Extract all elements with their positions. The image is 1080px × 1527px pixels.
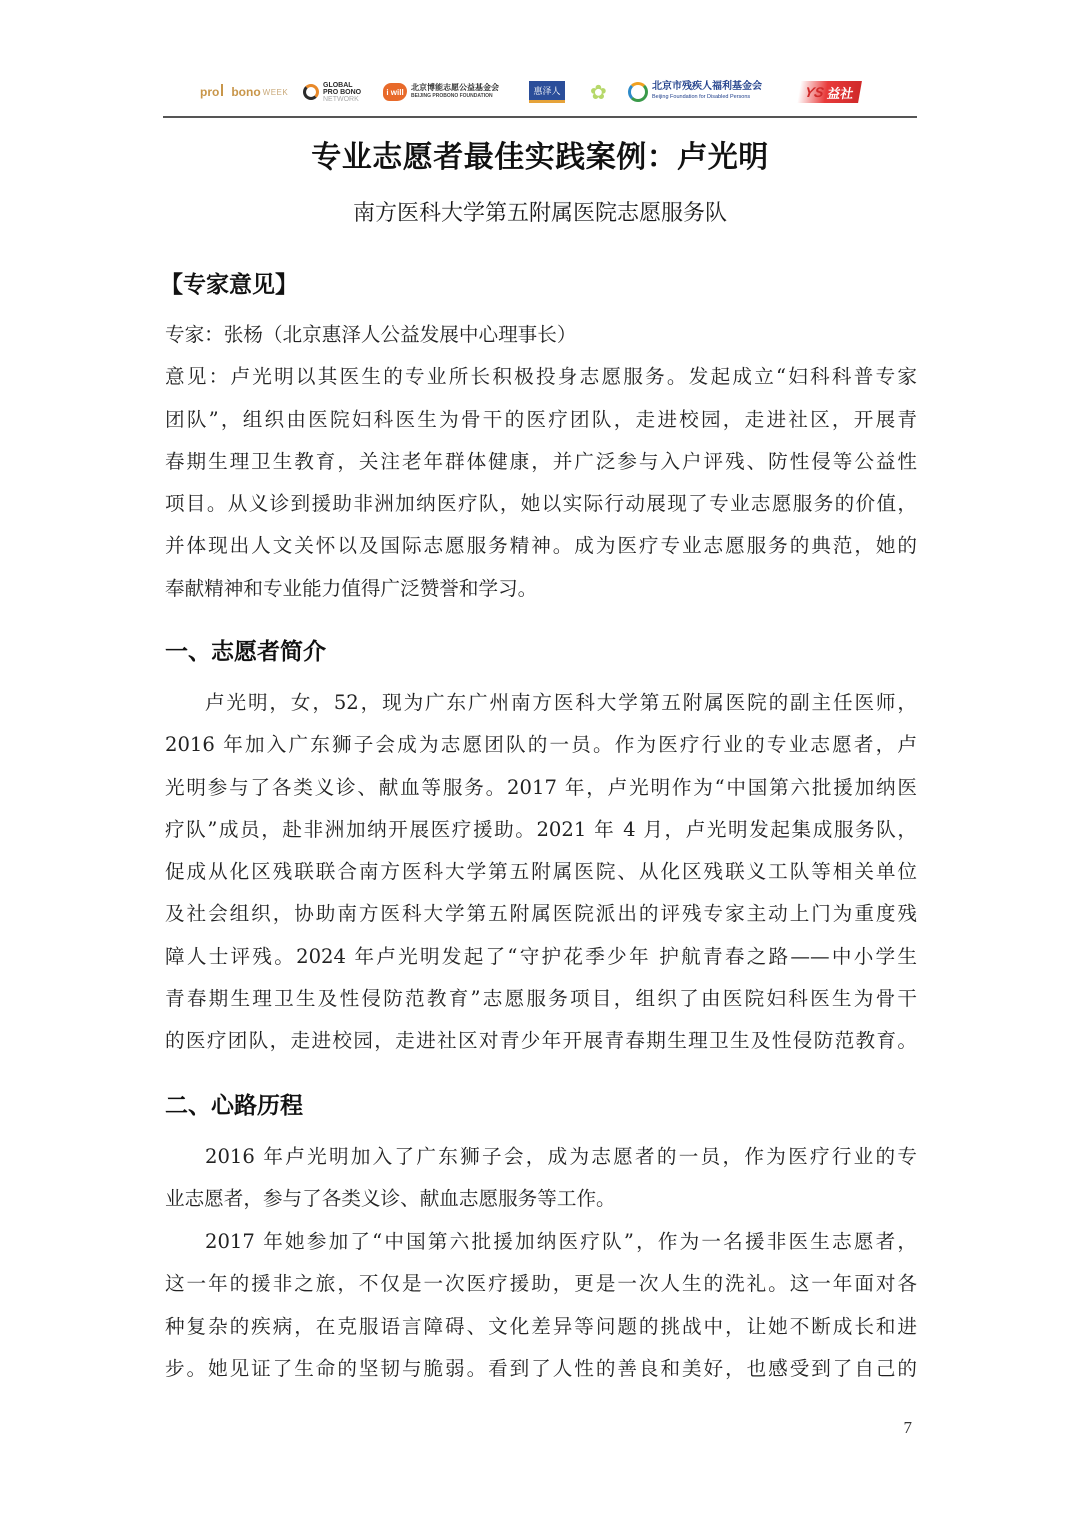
text-line: 疗队”成员，赴非洲加纳开展医疗援助。2021 年 4 月，卢光明发起集成服务队， (165, 809, 917, 851)
expert-opinion-body: 专家：张杨（北京惠泽人公益发展中心理事长） 意见：卢光明以其医生的专业所长积极投… (165, 314, 917, 610)
sponsor-logo-bar: pro bono WEEK GLOBAL PRO BONO NETWORK i … (195, 74, 885, 110)
header-divider (163, 116, 917, 118)
flag-icon (221, 84, 229, 96)
text-line: 并体现出人文关怀以及国际志愿服务精神。成为医疗专业志愿服务的典范，她的 (165, 525, 917, 567)
text-line: 卢光明，女，52，现为广东广州南方医科大学第五附属医院的副主任医师， (165, 682, 917, 724)
pro-bono-week-logo: pro bono WEEK (200, 74, 288, 110)
text-line: 专家：张杨（北京惠泽人公益发展中心理事长） (165, 314, 917, 356)
page-title: 专业志愿者最佳实践案例：卢光明 (163, 132, 917, 176)
text-line: 2016 年卢光明加入了广东狮子会，成为志愿者的一员，作为医疗行业的专 (165, 1136, 917, 1178)
text-line: 步。她见证了生命的坚韧与脆弱。看到了人性的善良和美好，也感受到了自己的 (165, 1348, 917, 1390)
text-line: 及社会组织，协助南方医科大学第五附属医院派出的评残专家主动上门为重度残 (165, 893, 917, 935)
expert-opinion-heading: 【专家意见】 (160, 266, 298, 299)
text-line: 团队”，组织由医院妇科医生为骨干的医疗团队，走进校园，走进社区，开展青 (165, 399, 917, 441)
text-line: 光明参与了各类义诊、献血等服务。2017 年，卢光明作为“中国第六批援加纳医 (165, 767, 917, 809)
iwill-badge-icon: i will (383, 83, 407, 101)
text-line: 春期生理卫生教育，关注老年群体健康，并广泛参与入户评残、防性侵等公益性 (165, 441, 917, 483)
circle-emblem-icon (628, 82, 648, 102)
text-line: 障人士评残。2024 年卢光明发起了“守护花季少年 护航青春之路——中小学生 (165, 936, 917, 978)
text-line: 促成从化区残联联合南方医科大学第五附属医院、从化区残联义工队等相关单位 (165, 851, 917, 893)
ring-icon (303, 84, 319, 100)
text-line: 业志愿者，参与了各类义诊、献血志愿服务等工作。 (165, 1178, 917, 1220)
text-line: 青春期生理卫生及性侵防范教育”志愿服务项目，组织了由医院妇科医生为骨干 (165, 978, 917, 1020)
page-number: 7 (880, 1418, 940, 1438)
text-line: 的医疗团队，走进校园，走进社区对青少年开展青春期生理卫生及性侵防范教育。 (165, 1020, 917, 1062)
beijing-probono-foundation-logo: i will 北京博能志愿公益基金会 BEIJING PROBONO FOUND… (383, 74, 499, 110)
section-heading-volunteer-profile: 一、志愿者简介 (165, 633, 326, 666)
journey-para-2: 2017 年她参加了“中国第六批援加纳医疗队”，作为一名援非医生志愿者， 这一年… (165, 1221, 917, 1390)
page-subtitle: 南方医科大学第五附属医院志愿服务队 (163, 196, 917, 227)
text-line: 2016 年加入广东狮子会成为志愿团队的一员。作为医疗行业的专业志愿者，卢 (165, 724, 917, 766)
beijing-foundation-disabled-logo: 北京市残疾人福利基金会 Beijing Foundation for Disab… (628, 74, 762, 110)
yishe-logo: YS 益社 (799, 74, 860, 110)
huizeren-logo: 惠泽人 (529, 74, 565, 110)
text-line: 种复杂的疾病，在克服语言障碍、文化差异等问题的挑战中，让她不断成长和进 (165, 1306, 917, 1348)
volunteer-profile-body: 卢光明，女，52，现为广东广州南方医科大学第五附属医院的副主任医师， 2016 … (165, 682, 917, 1063)
text-line: 2017 年她参加了“中国第六批援加纳医疗队”，作为一名援非医生志愿者， (165, 1221, 917, 1263)
journey-para-1: 2016 年卢光明加入了广东狮子会，成为志愿者的一员，作为医疗行业的专 业志愿者… (165, 1136, 917, 1221)
global-pro-bono-network-logo: GLOBAL PRO BONO NETWORK (303, 74, 361, 110)
text-line: 这一年的援非之旅，不仅是一次医疗援助，更是一次人生的洗礼。这一年面对各 (165, 1263, 917, 1305)
leaf-logo: ✿ (590, 74, 607, 110)
text-line: 意见：卢光明以其医生的专业所长积极投身志愿服务。发起成立“妇科科普专家 (165, 356, 917, 398)
text-line: 奉献精神和专业能力值得广泛赞誉和学习。 (165, 568, 917, 610)
section-heading-journey: 二、心路历程 (165, 1087, 303, 1120)
clover-icon: ✿ (590, 80, 607, 104)
document-page: pro bono WEEK GLOBAL PRO BONO NETWORK i … (0, 0, 1080, 1527)
text-line: 项目。从义诊到援助非洲加纳医疗队，她以实际行动展现了专业志愿服务的价值， (165, 483, 917, 525)
